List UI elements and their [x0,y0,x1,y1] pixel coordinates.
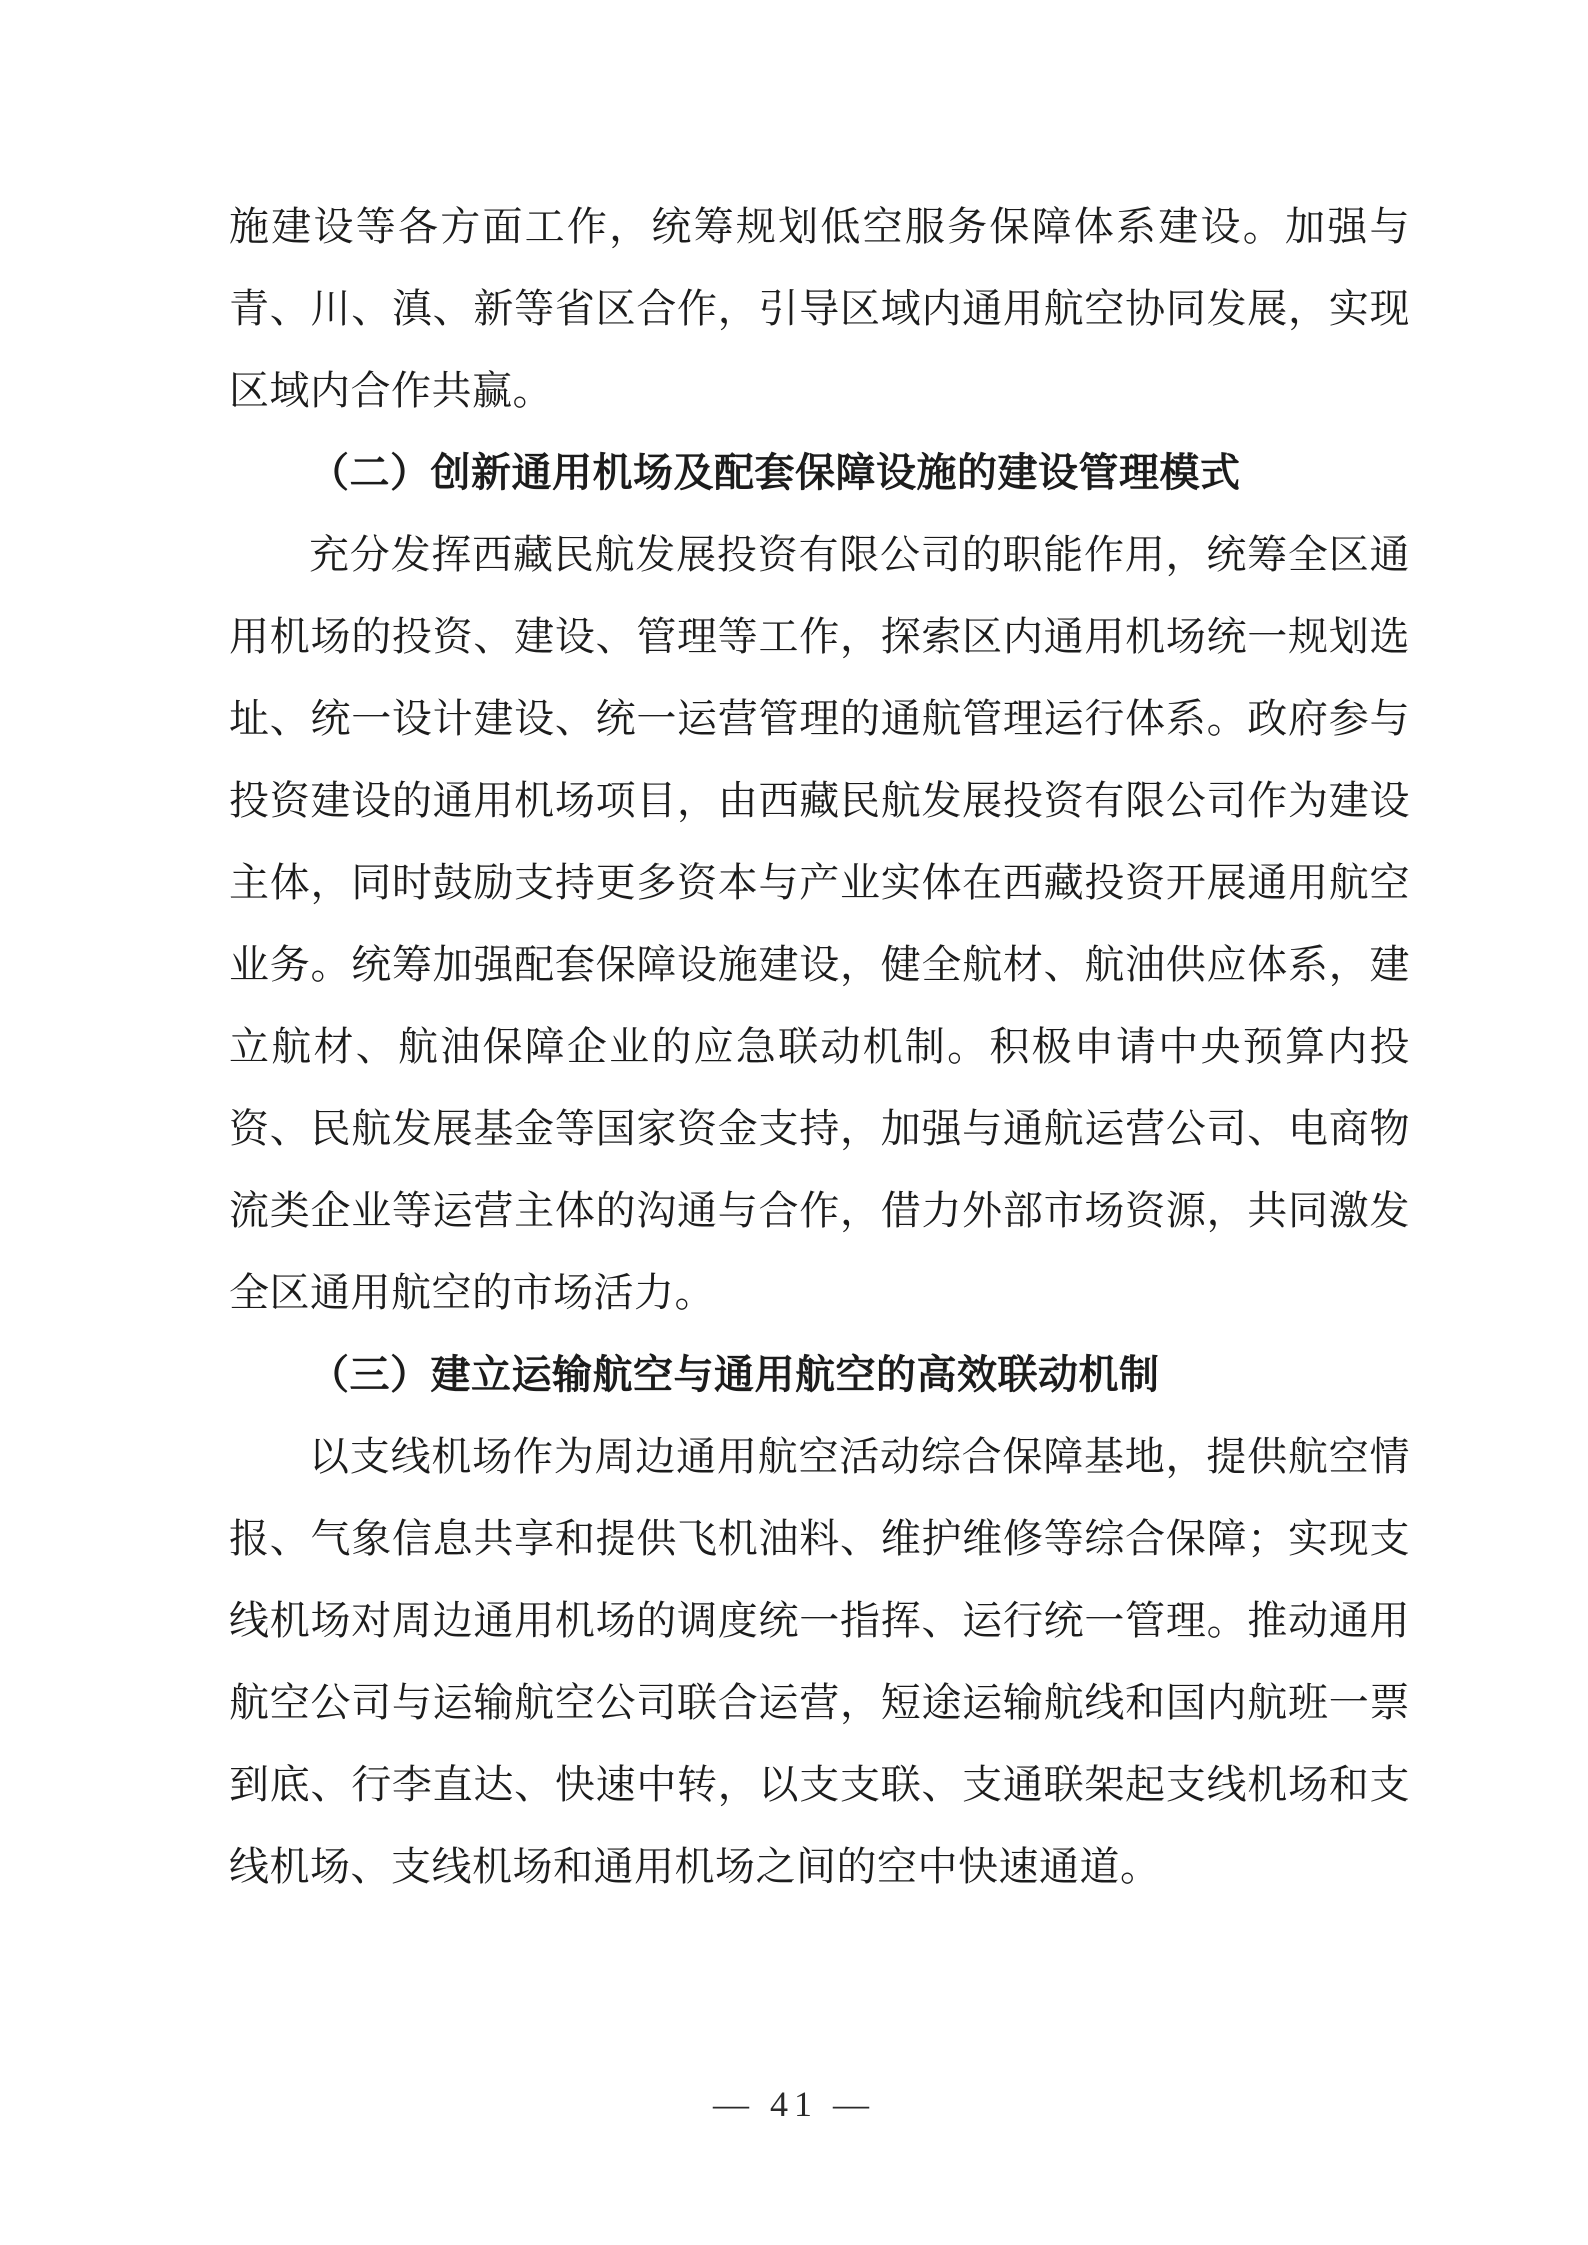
section-heading-3: （三）建立运输航空与通用航空的高效联动机制 [229,1334,1410,1416]
paragraph-continuation: 施建设等各方面工作，统筹规划低空服务保障体系建设。加强与青、川、滇、新等省区合作… [229,186,1410,432]
page-footer: — 41 — [0,2078,1588,2130]
document-body: 施建设等各方面工作，统筹规划低空服务保障体系建设。加强与青、川、滇、新等省区合作… [229,186,1410,1908]
page-number: — 41 — [713,2084,875,2124]
document-page: 施建设等各方面工作，统筹规划低空服务保障体系建设。加强与青、川、滇、新等省区合作… [0,0,1588,2245]
paragraph-section-2: 充分发挥西藏民航发展投资有限公司的职能作用，统筹全区通用机场的投资、建设、管理等… [229,514,1410,1334]
paragraph-section-3: 以支线机场作为周边通用航空活动综合保障基地，提供航空情报、气象信息共享和提供飞机… [229,1416,1410,1908]
section-heading-2: （二）创新通用机场及配套保障设施的建设管理模式 [229,432,1410,514]
